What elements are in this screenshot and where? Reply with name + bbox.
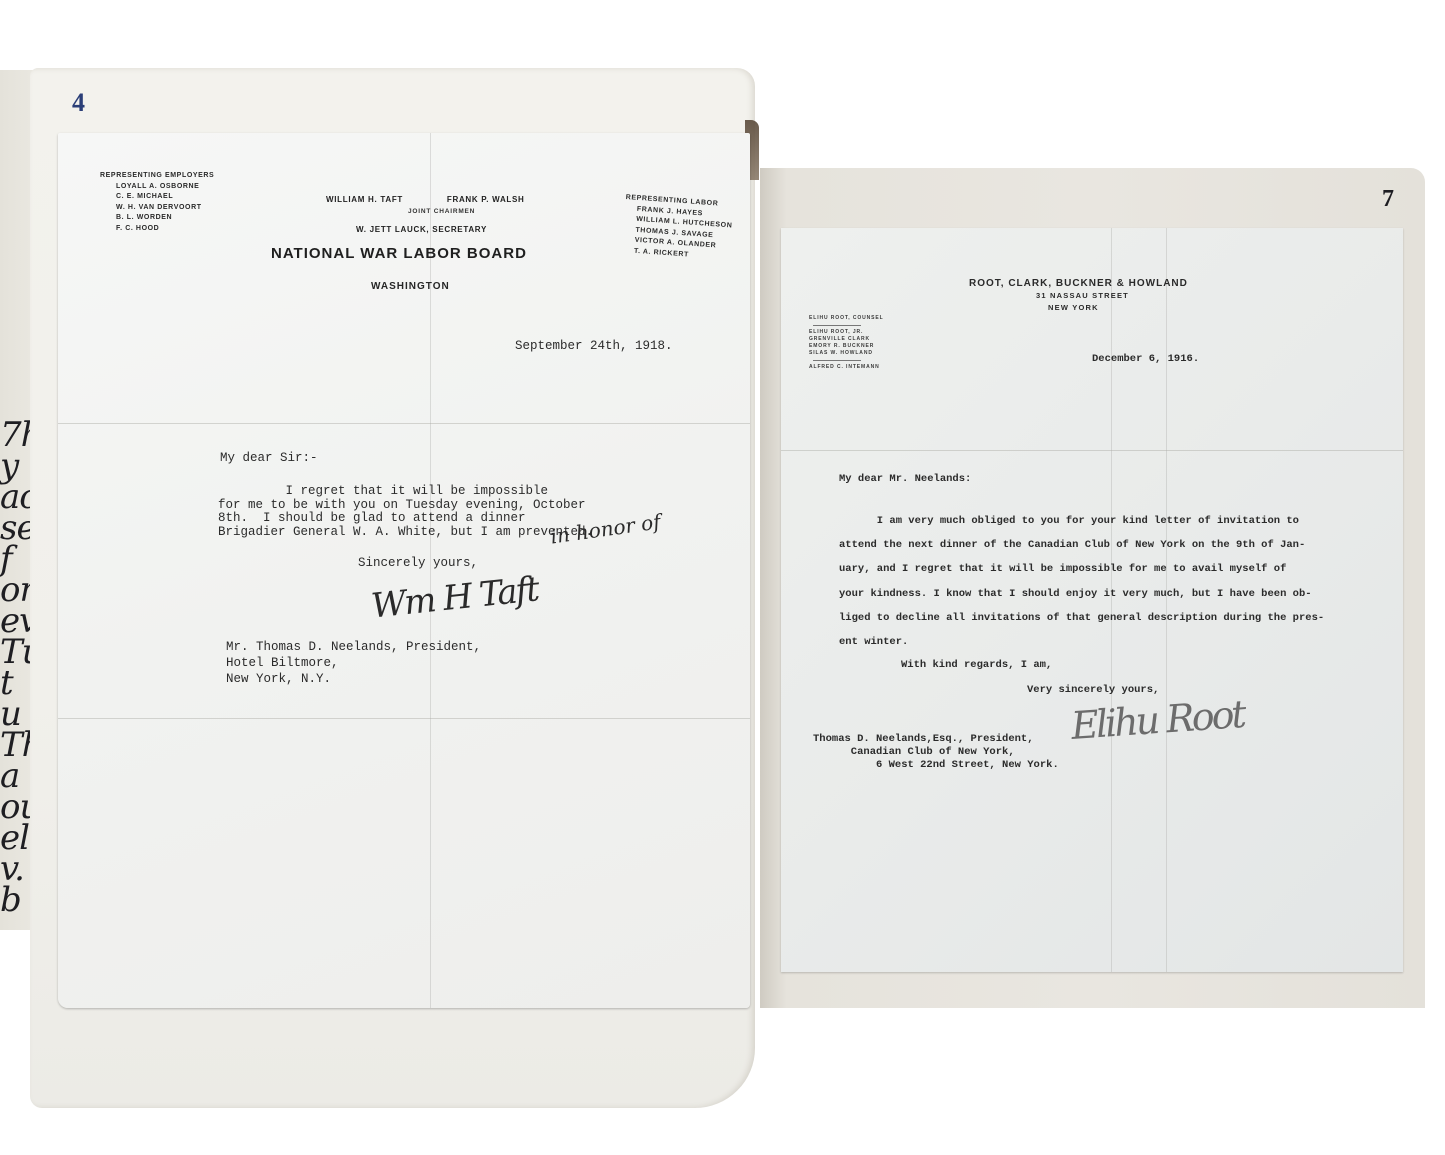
partner-name: Silas W. Howland (809, 350, 884, 357)
letter-root-clark-buckner-howland: ROOT, CLARK, BUCKNER & HOWLAND 31 NASSAU… (781, 228, 1403, 972)
body-line: ent winter. (839, 630, 1324, 654)
partner-name: Emory R. Buckner (809, 343, 884, 350)
chairman-name: William H. Taft (326, 195, 403, 204)
signature: Wm H Taft (369, 569, 539, 626)
employer-representative: B. L. Worden (116, 213, 214, 224)
salutation: My dear Sir:- (220, 451, 318, 465)
body-line: 8th. I should be glad to attend a dinner (218, 512, 593, 526)
address-line: Hotel Biltmore, (226, 655, 481, 671)
counsel-name: Elihu Root, Counsel (809, 315, 884, 322)
address-line: New York, N.Y. (226, 671, 481, 687)
signature: Elihu Root (1070, 692, 1245, 748)
letter-date: September 24th, 1918. (515, 339, 673, 353)
address-line: 6 West 22nd Street, New York. (813, 759, 1059, 772)
recipient-address: Mr. Thomas D. Neelands, President,Hotel … (226, 639, 481, 687)
page-number-right: 7 (1382, 186, 1394, 213)
organization-name: NATIONAL WAR LABOR BOARD (271, 245, 527, 262)
chairman-name: Frank P. Walsh (447, 195, 525, 204)
body-line: attend the next dinner of the Canadian C… (839, 533, 1324, 557)
address-line: Mr. Thomas D. Neelands, President, (226, 639, 481, 655)
body-line: for me to be with you on Tuesday evening… (218, 499, 593, 513)
body-line: liged to decline all invitations of that… (839, 606, 1324, 630)
page-number-left: 4 (72, 88, 85, 118)
letter-date: December 6, 1916. (1092, 353, 1199, 365)
body-line: I regret that it will be impossible (218, 485, 593, 499)
address-line: Canadian Club of New York, (813, 746, 1059, 759)
fold-crease (781, 450, 1403, 451)
fold-crease (430, 133, 431, 1008)
address-line: Thomas D. Neelands,Esq., President, (813, 733, 1059, 746)
fold-crease (58, 718, 750, 719)
letter-body: I am very much obliged to you for your k… (839, 509, 1324, 654)
secretary-name: W. Jett Lauck, Secretary (356, 225, 487, 234)
body-line: your kindness. I know that I should enjo… (839, 582, 1324, 606)
firm-street: 31 NASSAU STREET (1036, 291, 1129, 300)
letter-national-war-labor-board: Representing Employers Loyall A. Osborne… (58, 133, 750, 1008)
body-line: uary, and I regret that it will be impos… (839, 557, 1324, 581)
firm-name: ROOT, CLARK, BUCKNER & HOWLAND (969, 278, 1188, 289)
partner-name: Elihu Root, Jr. (809, 329, 884, 336)
joint-chairmen: William H. Taft Frank P. Walsh (326, 195, 525, 204)
body-line: Brigadier General W. A. White, but I am … (218, 526, 593, 540)
fold-crease (58, 423, 750, 424)
associate-name: Alfred C. Intemann (809, 364, 884, 371)
salutation: My dear Mr. Neelands: (839, 473, 971, 485)
letter-body: I regret that it will be impossiblefor m… (218, 485, 593, 539)
employers-heading: Representing Employers (100, 171, 214, 182)
partner-name: Grenville Clark (809, 336, 884, 343)
labor-list: Representing Labor Frank J. HayesWilliam… (622, 193, 735, 263)
recipient-address: Thomas D. Neelands,Esq., President, Cana… (813, 733, 1059, 772)
organization-city: WASHINGTON (371, 281, 450, 292)
employer-representative: C. E. Michael (116, 192, 214, 203)
employer-representative: F. C. Hood (116, 224, 214, 235)
closing: Sincerely yours, (358, 556, 478, 570)
partners-list: Elihu Root, Counsel Elihu Root, Jr.Grenv… (809, 315, 884, 371)
employers-list: Representing Employers Loyall A. Osborne… (100, 171, 214, 234)
closing: Very sincerely yours, (1027, 684, 1159, 696)
joint-chairmen-label: Joint Chairmen (408, 208, 475, 215)
firm-city: NEW YORK (1048, 303, 1099, 312)
body-line: I am very much obliged to you for your k… (839, 509, 1324, 533)
employer-representative: Loyall A. Osborne (116, 182, 214, 193)
regards: With kind regards, I am, (901, 659, 1052, 671)
employer-representative: W. H. Van Dervoort (116, 203, 214, 214)
